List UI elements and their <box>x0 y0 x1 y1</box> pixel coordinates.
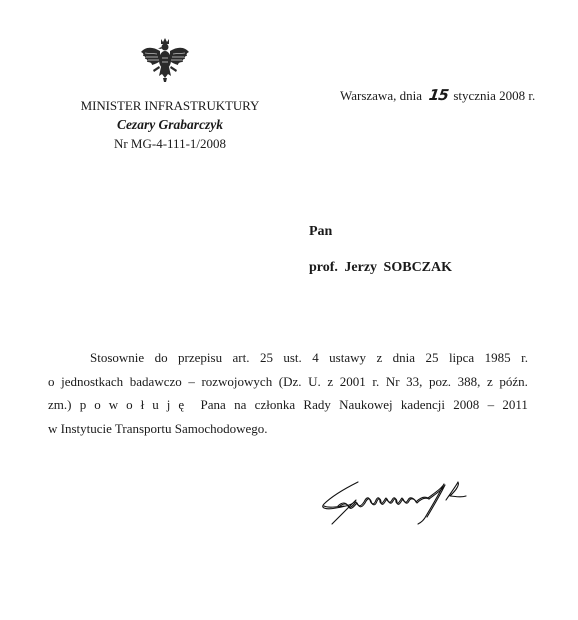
body-word: U. <box>308 370 321 394</box>
body-word: 4 <box>312 346 319 370</box>
body-word: 25 <box>426 346 439 370</box>
body-word: – <box>188 370 195 394</box>
body-line-4: w Instytucie Transportu Samochodowego. <box>48 417 528 441</box>
body-word: Stosownie <box>90 346 144 370</box>
minister-name: Cezary Grabarczyk <box>70 115 270 134</box>
addressee-name: prof. Jerzy SOBCZAK <box>309 250 452 286</box>
body-word: do <box>155 346 168 370</box>
body-word: o <box>48 370 55 394</box>
body-word: 388, <box>458 370 481 394</box>
body-word: art. <box>233 346 250 370</box>
body-word: Pana <box>200 393 225 417</box>
body-word: 33, <box>406 370 422 394</box>
handwritten-signature <box>318 470 478 530</box>
reference-number: Nr MG-4-111-1/2008 <box>70 134 270 153</box>
body-word: rozwojowych <box>201 370 272 394</box>
body-word: ustawy <box>329 346 366 370</box>
body-word: (Dz. <box>279 370 302 394</box>
body-word: Nr <box>386 370 400 394</box>
letterhead: MINISTER INFRASTRUKTURY Cezary Grabarczy… <box>70 96 270 153</box>
body-word: z <box>376 346 382 370</box>
body-word: z <box>487 370 493 394</box>
body-word: poz. <box>429 370 451 394</box>
body-word: 2008 <box>453 393 479 417</box>
body-word: jednostkach <box>61 370 123 394</box>
body-word: dnia <box>393 346 415 370</box>
date-prefix: Warszawa, dnia <box>340 88 422 103</box>
place-and-date: Warszawa, dnia 15 stycznia 2008 r. <box>340 86 535 104</box>
body-word: r. <box>521 346 528 370</box>
body-word: 2011 <box>502 393 528 417</box>
body-word: 1985 <box>485 346 511 370</box>
body-word: Rady <box>303 393 330 417</box>
body-word: r. <box>372 370 379 394</box>
body-word: 25 <box>260 346 273 370</box>
addressee: Pan prof. Jerzy SOBCZAK <box>309 214 452 286</box>
body-word: zm.) <box>48 393 71 417</box>
body-word: późn. <box>499 370 528 394</box>
body-word: Naukowej <box>339 393 392 417</box>
ministry-title: MINISTER INFRASTRUKTURY <box>70 96 270 115</box>
emphasized-word: powołuję <box>80 393 192 417</box>
body-word: badawczo <box>130 370 182 394</box>
addressee-salutation: Pan <box>309 214 452 250</box>
body-word: 2001 <box>340 370 366 394</box>
body-word: członka <box>255 393 295 417</box>
body-line-1: Stosowniedoprzepisuart.25ust.4ustawyzdni… <box>48 346 528 370</box>
polish-eagle-emblem-icon <box>137 36 193 86</box>
body-word: lipca <box>449 346 474 370</box>
body-word: z <box>327 370 333 394</box>
body-word: na <box>234 393 246 417</box>
body-word: przepisu <box>178 346 222 370</box>
body-line-2: ojednostkachbadawczo–rozwojowych(Dz.U.z2… <box>48 370 528 394</box>
body-line-3: zm.)powołujęPananaczłonkaRadyNaukowejkad… <box>48 393 528 417</box>
body-word: – <box>488 393 495 417</box>
handwritten-day: 15 <box>428 86 449 104</box>
body-word: ust. <box>283 346 301 370</box>
letter-body: Stosowniedoprzepisuart.25ust.4ustawyzdni… <box>48 346 528 440</box>
body-word: kadencji <box>401 393 445 417</box>
date-suffix: stycznia 2008 r. <box>453 88 535 103</box>
